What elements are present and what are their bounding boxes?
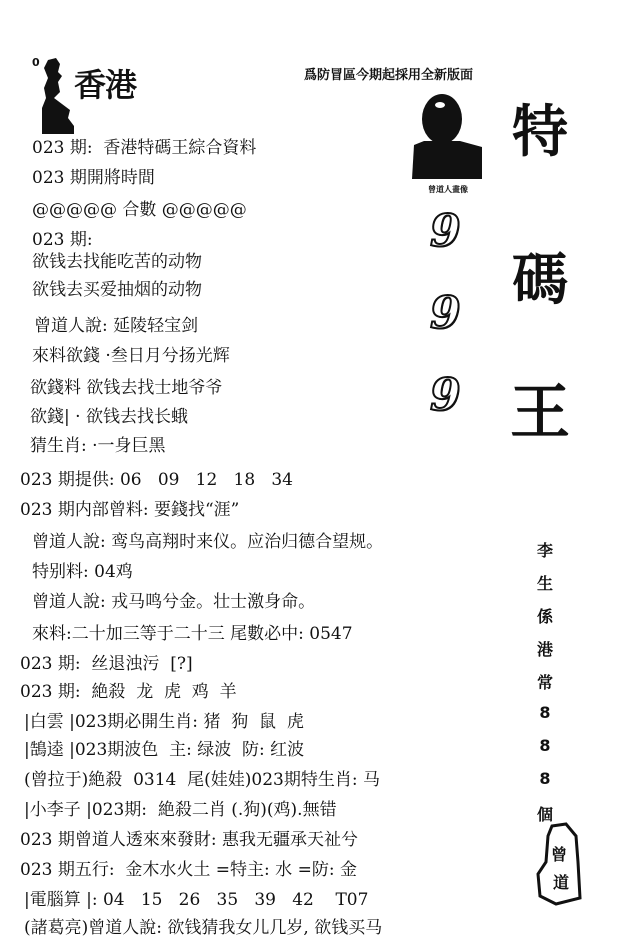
- logo-title: 香港: [74, 60, 136, 106]
- info-line: |鵠逵 |023期波色 主: 绿波 防: 红波: [24, 740, 304, 760]
- nine-digit: 9: [430, 374, 480, 456]
- seal-stamp-icon: 曾 道: [536, 822, 582, 906]
- hongkong-logo: 0 香港: [30, 48, 170, 136]
- info-line: 曾道人說: 延陵轻宝剑: [34, 316, 198, 336]
- info-line: 023 期開將時間: [32, 168, 155, 188]
- info-line: (曾拉于)絶殺 0314 尾(娃娃)023期特生肖: 马: [24, 770, 380, 790]
- triple-nine-graphic: 9 9 9: [430, 210, 480, 456]
- info-line: |電腦算 |: 04 15 26 35 39 42 T07: [24, 890, 368, 910]
- info-line: 023 期: 香港特碼王綜合資料: [32, 138, 256, 158]
- info-line: 曾道人說: 戎马鸣兮金。壮士激身命。: [32, 592, 315, 612]
- title-char: 碼: [510, 253, 570, 309]
- title-char: 王: [510, 383, 570, 443]
- slogan-char: 李: [530, 538, 560, 571]
- info-line: 欲錢料 欲钱去找士地爷爷: [30, 378, 222, 398]
- info-line: 來料:二十加三等于二十三 尾數必中: 0547: [32, 624, 353, 644]
- svg-text:道: 道: [553, 873, 569, 892]
- vertical-title: 特 碼 王: [510, 105, 570, 535]
- info-line: 曾道人說: 鸾鸟高翔时来仪。应治归德合望规。: [32, 532, 383, 552]
- nine-digit: 9: [430, 292, 480, 374]
- logo-prefix: 0: [32, 56, 40, 69]
- info-line: |白雲 |023期必開生肖: 猪 狗 鼠 虎: [24, 712, 304, 732]
- info-line: 欲钱去买爱抽烟的动物: [32, 280, 202, 300]
- info-line: 023 期内部曾料: 要錢找“涯”: [20, 500, 239, 520]
- info-line: (諸葛亮)曾道人說: 欲钱猜我女儿几岁, 欲钱买马: [24, 918, 382, 938]
- slogan-char: 港: [530, 637, 560, 670]
- info-line: 023 期: 丝退浊污 [?]: [20, 654, 193, 674]
- info-line: 023 期:: [32, 230, 93, 250]
- nine-digit: 9: [430, 210, 480, 292]
- info-line: 猜生肖: ·一身巨黑: [30, 436, 166, 456]
- info-line: 來料欲錢 ·叁日月兮扬光辉: [32, 346, 230, 366]
- slogan-char: 生: [530, 571, 560, 604]
- info-line: |小李子 |023期: 絶殺二肖 (.狗)(鸡).無错: [24, 800, 337, 820]
- info-line: 023 期曾道人透來來發財: 惠我无疆承天祉兮: [20, 830, 358, 850]
- lighthouse-silhouette-icon: [40, 58, 74, 134]
- vertical-slogan: 李 生 係 港 常 8 8 8 個: [530, 538, 560, 835]
- info-line: 023 期: 絶殺 龙 虎 鸡 羊: [20, 682, 237, 702]
- info-line: 特别料: 04鸡: [32, 562, 133, 582]
- info-line: 欲钱去找能吃苦的动物: [32, 252, 202, 272]
- slogan-char: 8: [530, 736, 560, 769]
- edition-notice: 爲防冒區今期起採用全新版面: [304, 64, 473, 83]
- portrait-silhouette-icon: [410, 93, 486, 179]
- svg-text:曾: 曾: [551, 845, 567, 864]
- info-line: 欲錢| · 欲钱去找长蛾: [30, 407, 188, 427]
- slogan-char: 常: [530, 670, 560, 703]
- slogan-char: 8: [530, 769, 560, 802]
- slogan-char: 8: [530, 703, 560, 736]
- title-char: 特: [510, 105, 570, 161]
- info-line: 023 期五行: 金木水火土 =特主: 水 =防: 金: [20, 860, 357, 880]
- info-line: 023 期提供: 06 09 12 18 34: [20, 470, 293, 490]
- portrait-caption: 曾道人畫像: [412, 184, 484, 195]
- info-line: @@@@@ 合數 @@@@@: [32, 200, 247, 220]
- slogan-char: 係: [530, 604, 560, 637]
